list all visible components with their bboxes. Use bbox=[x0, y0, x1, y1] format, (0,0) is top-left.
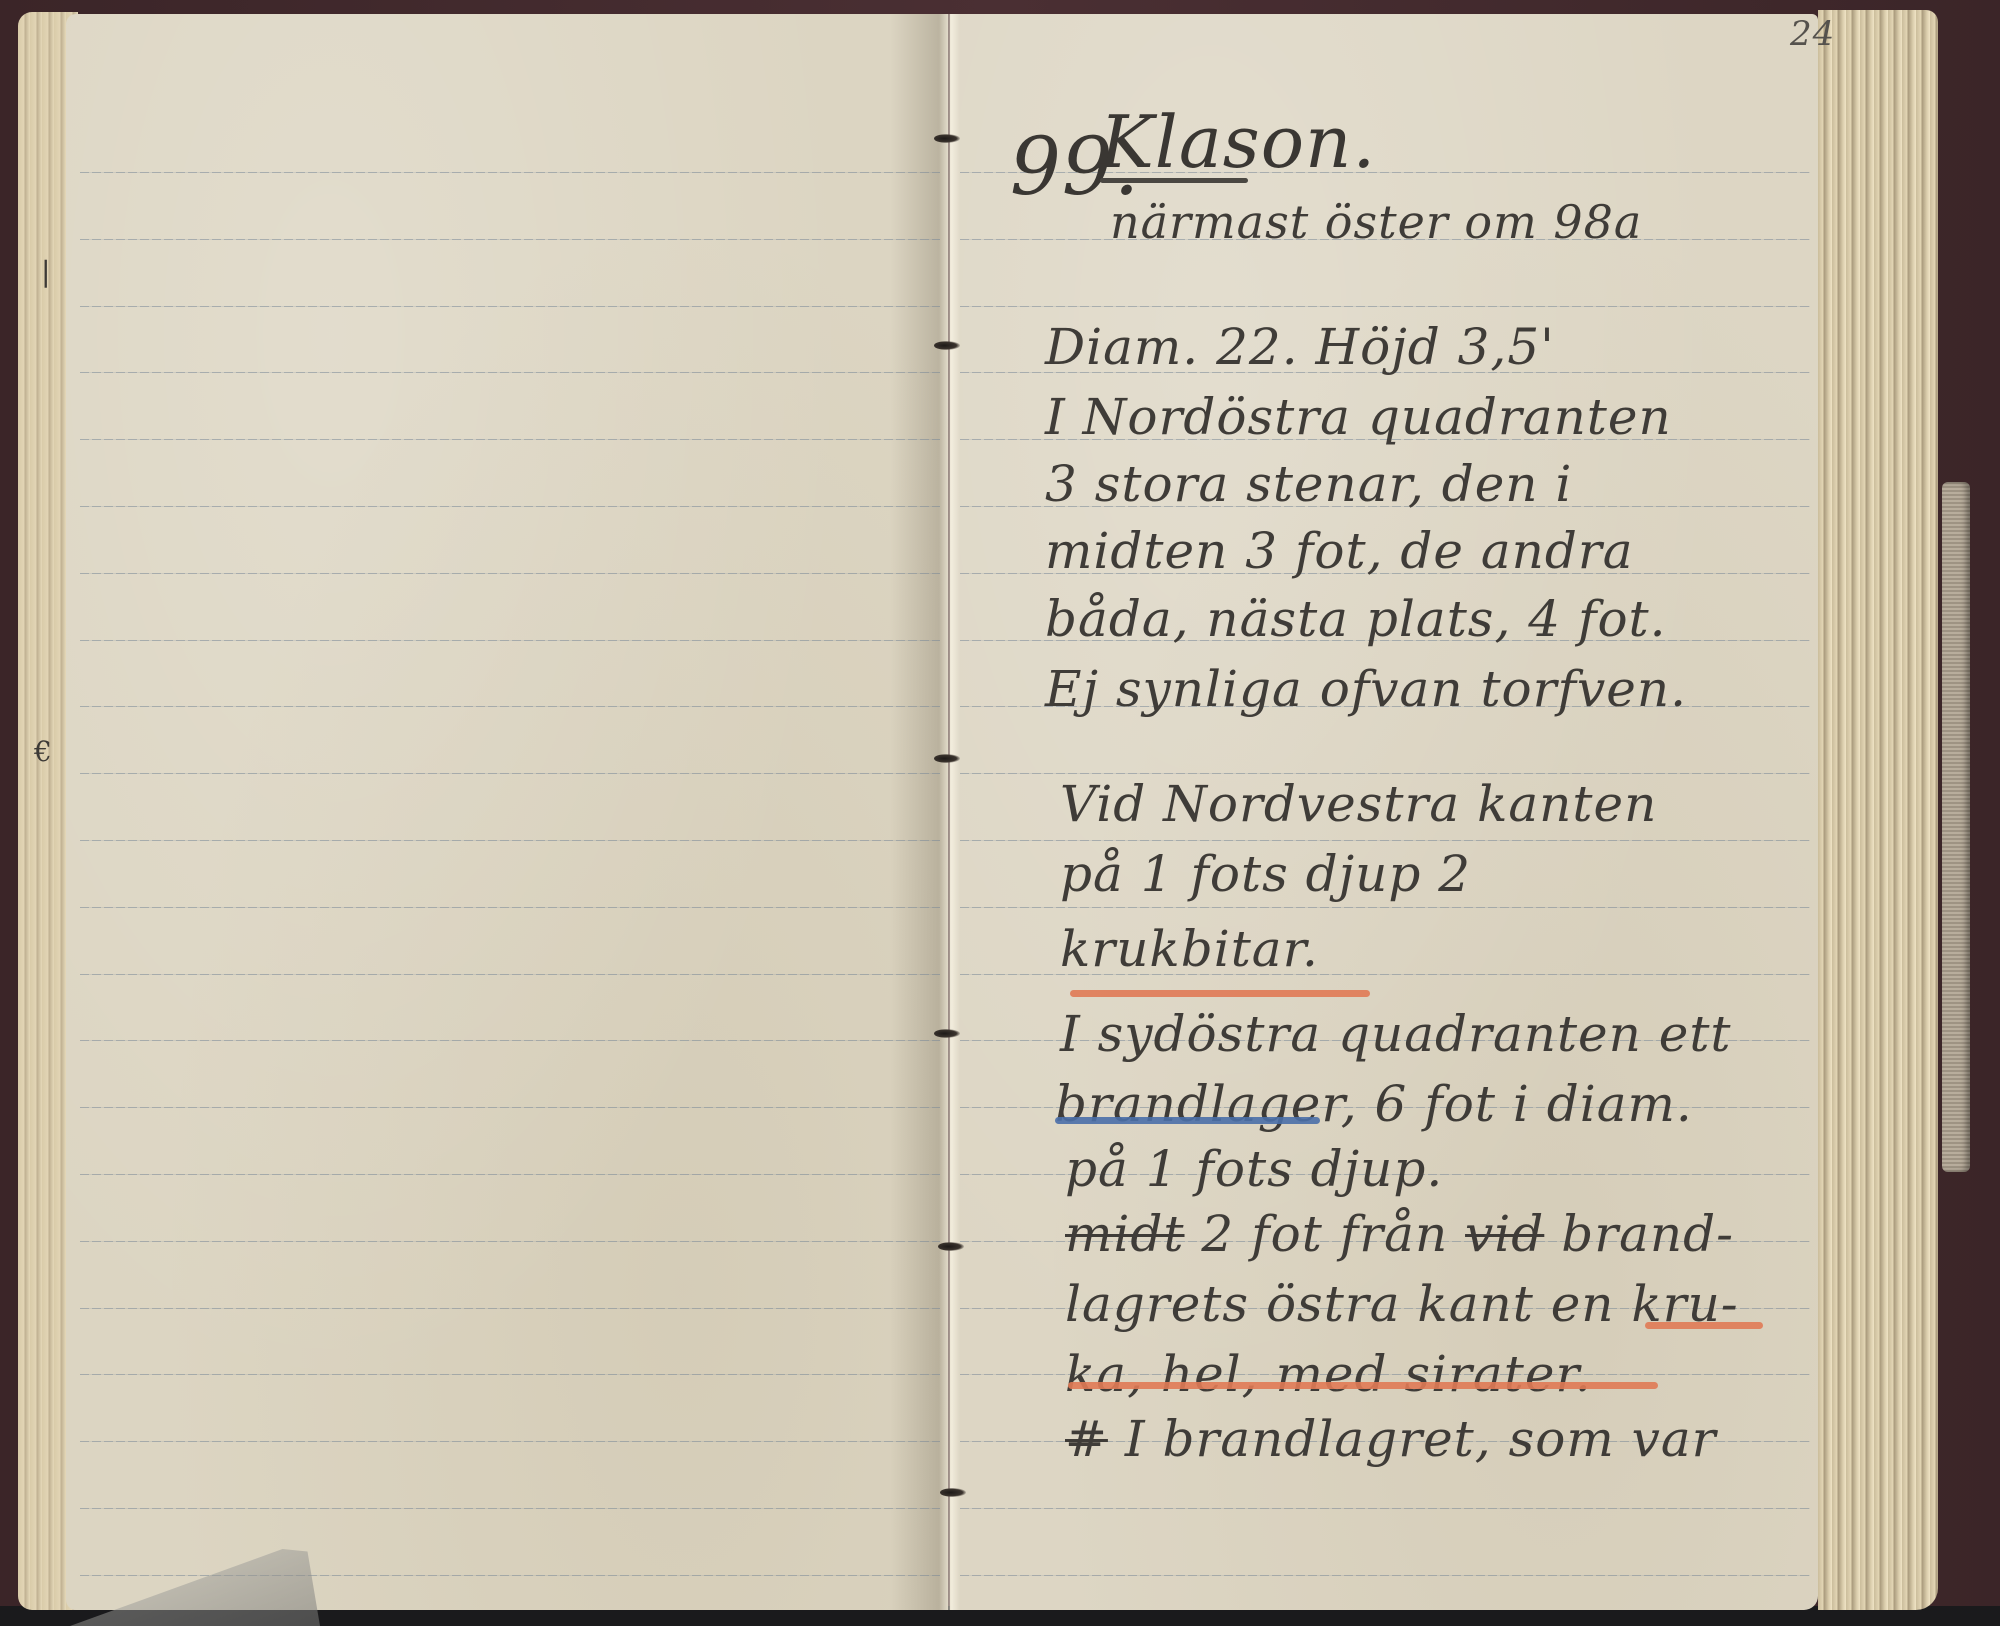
line-text: I brandlagret, som var bbox=[1125, 1410, 1717, 1468]
struck-word: vid bbox=[1465, 1205, 1544, 1263]
note-line: brandlager, 6 fot i diam. bbox=[1055, 1075, 1693, 1133]
struck-word: # bbox=[1065, 1410, 1108, 1468]
note-line: # I brandlagret, som var bbox=[1065, 1410, 1717, 1468]
ruled-line bbox=[80, 1308, 940, 1309]
margin-mark: € bbox=[34, 735, 52, 768]
note-line: båda, nästa plats, 4 fot. bbox=[1045, 590, 1667, 648]
ruled-line bbox=[80, 573, 940, 574]
binding-stitch bbox=[934, 341, 960, 350]
ruled-line bbox=[80, 1374, 940, 1375]
note-line: krukbitar. bbox=[1060, 920, 1319, 978]
binding-stitch bbox=[940, 1488, 966, 1497]
ruled-line bbox=[80, 1241, 940, 1242]
line-text: brand- bbox=[1561, 1205, 1734, 1263]
note-line: på 1 fots djup 2 bbox=[1060, 845, 1471, 903]
right-page-stack-edges bbox=[1818, 10, 1938, 1610]
title-underline bbox=[1100, 178, 1248, 183]
ruled-line bbox=[80, 172, 940, 173]
ribbon-bookmark bbox=[1942, 482, 1970, 1172]
note-line: på 1 fots djup. bbox=[1065, 1140, 1443, 1198]
binding-stitch bbox=[938, 1242, 964, 1251]
orange-underline bbox=[1070, 990, 1370, 997]
orange-underline bbox=[1068, 1382, 1658, 1389]
note-line: I Nordöstra quadranten bbox=[1045, 388, 1672, 446]
ruled-line bbox=[80, 1441, 940, 1442]
entry-title: Klason. bbox=[1100, 100, 1376, 184]
ruled-line bbox=[80, 974, 940, 975]
orange-underline bbox=[1645, 1322, 1763, 1329]
ruled-line bbox=[80, 1040, 940, 1041]
binding-gutter bbox=[890, 14, 960, 1610]
line-text: 2 fot från bbox=[1201, 1205, 1448, 1263]
page-number: 24 bbox=[1790, 14, 1835, 54]
ruled-line bbox=[80, 306, 940, 307]
ruled-line bbox=[80, 1508, 940, 1509]
ruled-line bbox=[80, 706, 940, 707]
ruled-line bbox=[80, 1174, 940, 1175]
ruled-line bbox=[960, 1575, 1810, 1576]
note-line: ka, hel, med sirater. bbox=[1065, 1345, 1592, 1403]
margin-mark: ❘ bbox=[34, 255, 57, 288]
ruled-line bbox=[80, 439, 940, 440]
ruled-line bbox=[80, 372, 940, 373]
binding-stitch bbox=[934, 1029, 960, 1038]
note-line: midten 3 fot, de andra bbox=[1045, 522, 1634, 580]
note-line: midt 2 fot från vid brand- bbox=[1065, 1205, 1734, 1263]
ruled-line bbox=[80, 840, 940, 841]
struck-word: midt bbox=[1065, 1205, 1185, 1263]
left-page bbox=[66, 14, 948, 1610]
ruled-line bbox=[80, 640, 940, 641]
note-line: närmast öster om 98a bbox=[1110, 195, 1642, 249]
blue-underline bbox=[1055, 1117, 1320, 1124]
ruled-line bbox=[80, 239, 940, 240]
ruled-line bbox=[960, 1508, 1810, 1509]
binding-stitch bbox=[934, 754, 960, 763]
ruled-line bbox=[80, 773, 940, 774]
note-line: I sydöstra quadranten ett bbox=[1060, 1005, 1732, 1063]
ruled-line bbox=[960, 907, 1810, 908]
note-line: lagrets östra kant en kru- bbox=[1065, 1275, 1739, 1333]
binding-stitch bbox=[934, 134, 960, 143]
ruled-line bbox=[80, 907, 940, 908]
ruled-line bbox=[80, 1107, 940, 1108]
ruled-line bbox=[80, 506, 940, 507]
ruled-line bbox=[960, 306, 1810, 307]
note-line: Vid Nordvestra kanten bbox=[1060, 775, 1657, 833]
note-line: Diam. 22. Höjd 3,5' bbox=[1045, 318, 1555, 376]
note-line: 3 stora stenar, den i bbox=[1045, 455, 1572, 513]
note-line: Ej synliga ofvan torfven. bbox=[1045, 660, 1687, 718]
ruled-line bbox=[960, 840, 1810, 841]
ruled-line bbox=[960, 773, 1810, 774]
